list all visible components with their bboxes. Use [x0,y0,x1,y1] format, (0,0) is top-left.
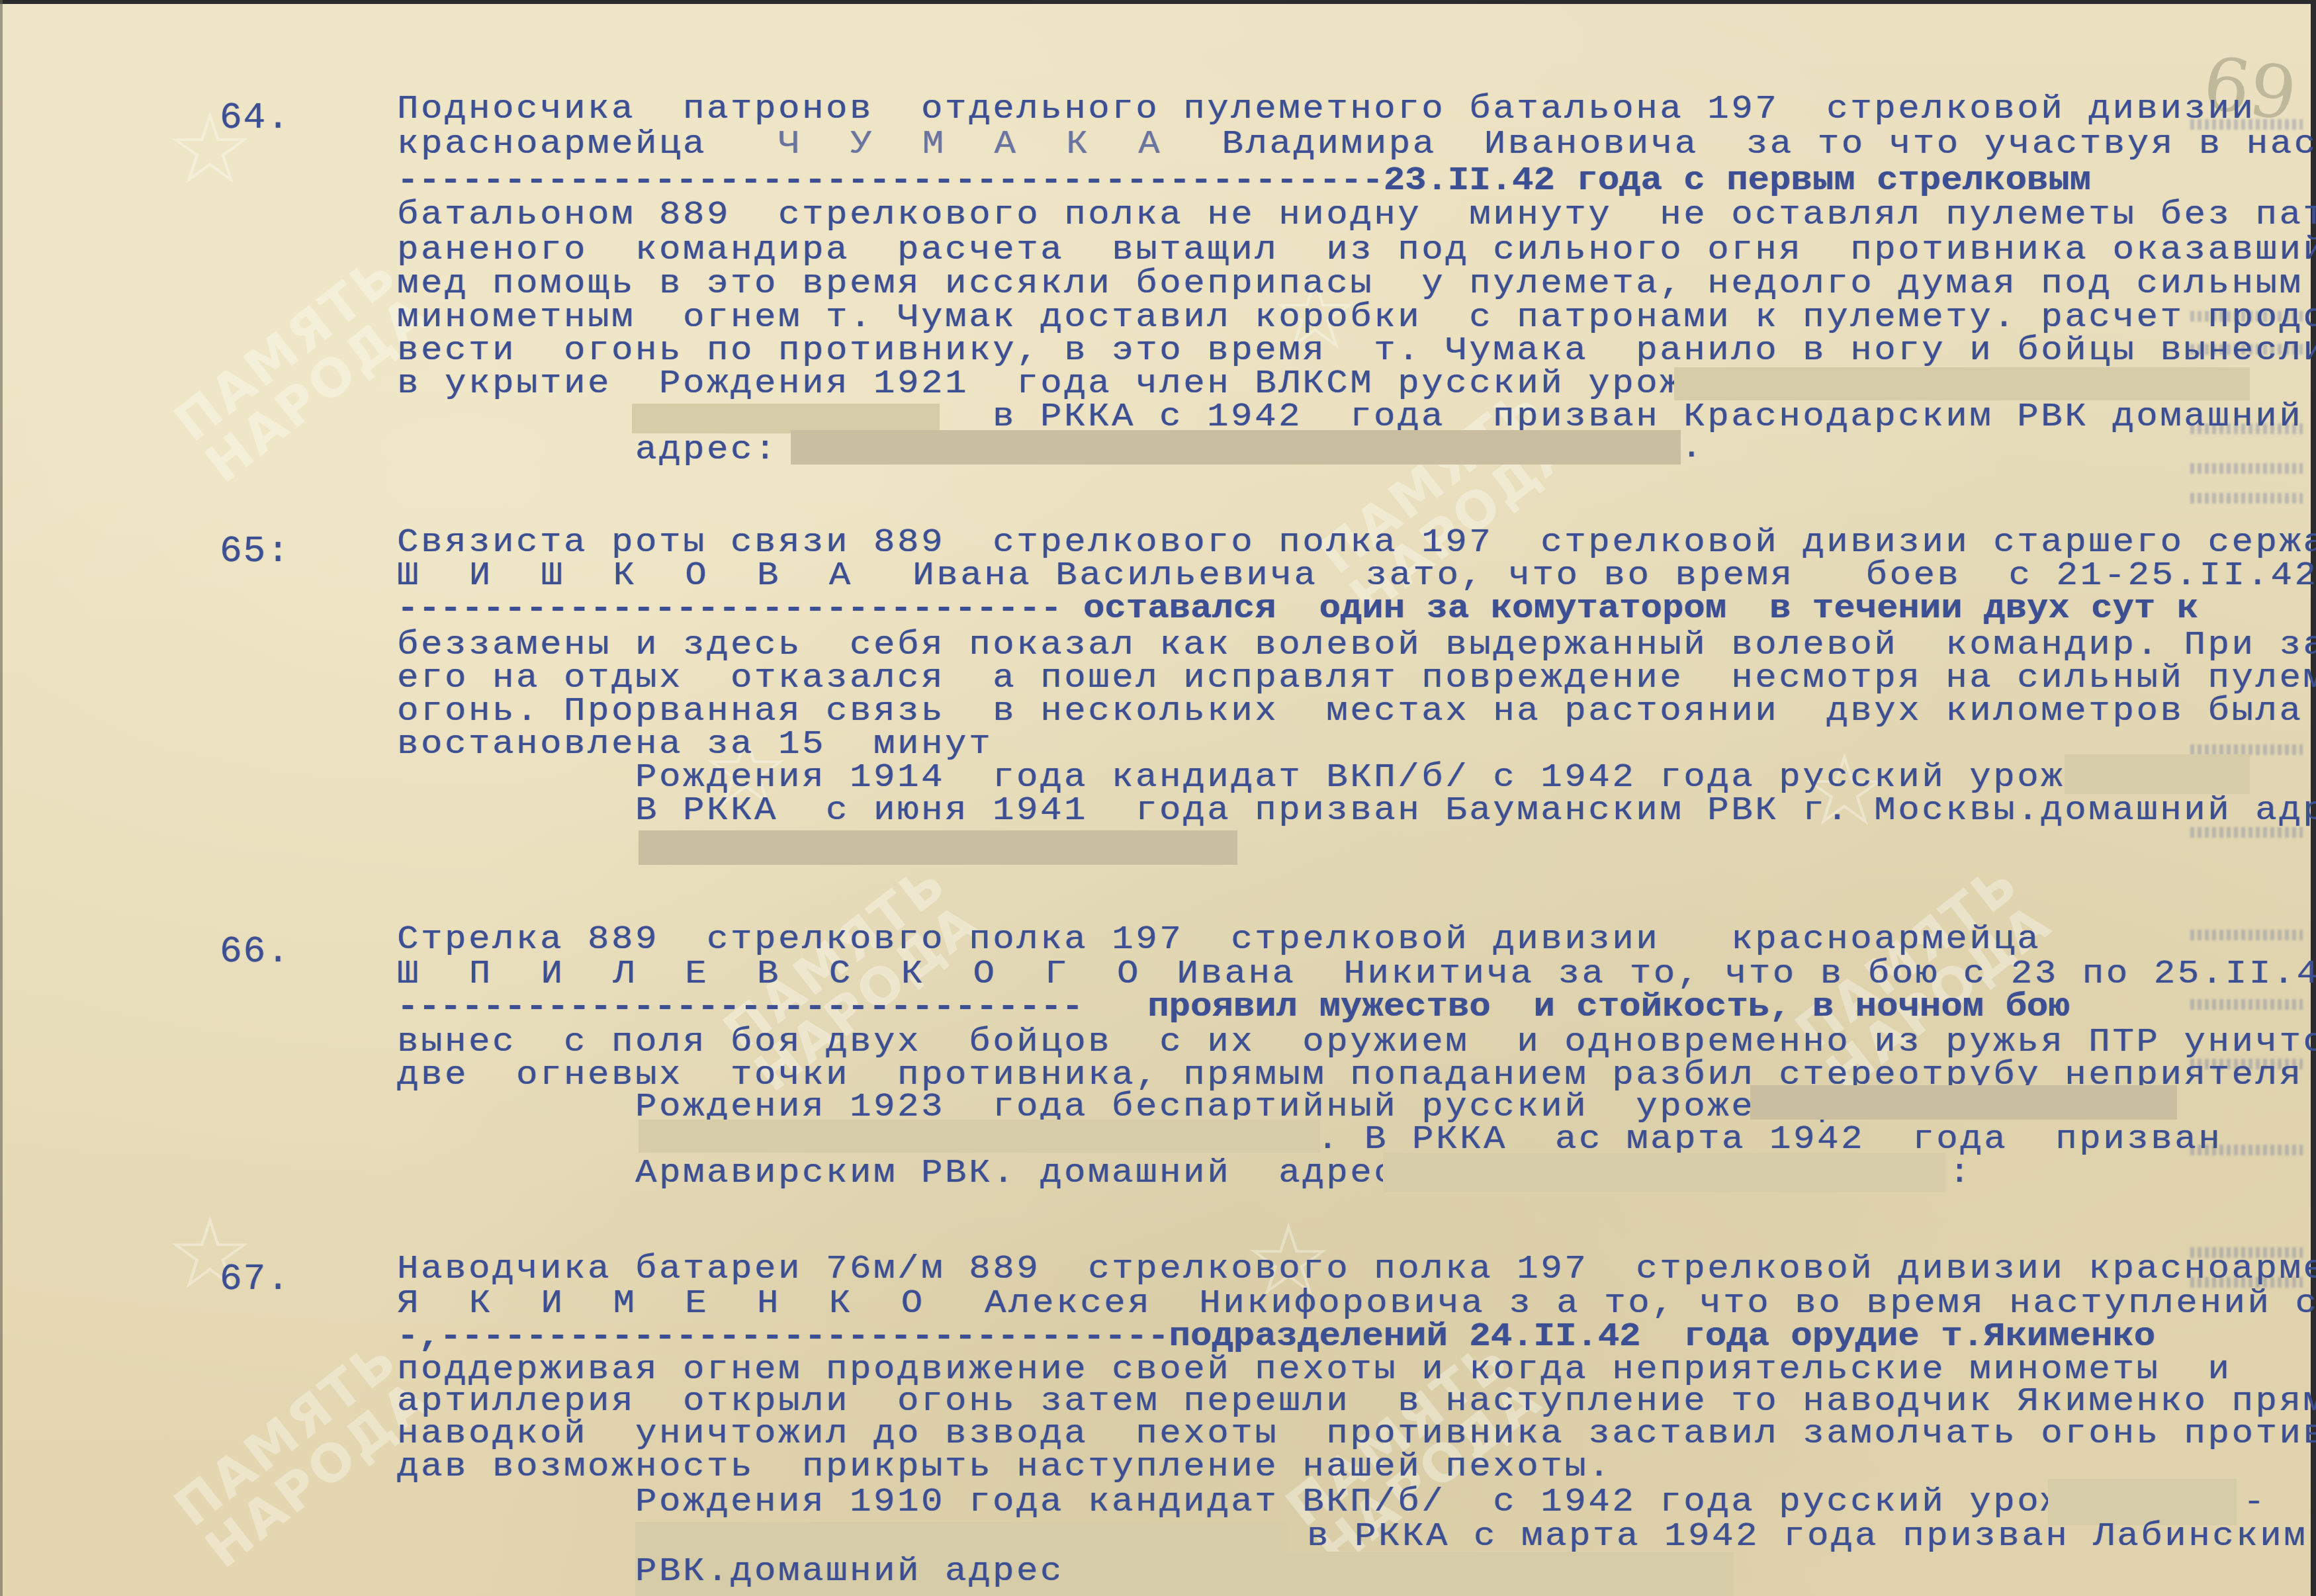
entry-text-line: артиллерия открыли огонь затем перешли в… [397,1385,2316,1419]
recipient-surname: Ш П И Л Е В С К О Г О [397,955,1153,993]
service-line: В РККА с июня 1941 года призван Бауманск… [635,794,2316,828]
redacted-birthplace [632,404,940,433]
birth-line: Рождения 1914 года кандидат ВКП/б/ с 194… [635,761,2160,795]
entry-text-line: востановлена за 15 минут [397,728,993,762]
entry-text-line: беззамены и здесь себя показал как волев… [397,629,2316,663]
scan-border-top [0,0,2316,4]
entry-text-line: наводкой уничтожил до взвода пехоты прот… [397,1417,2316,1452]
entry-text-line: Связиста роты связи 889 стрелкового полк… [397,526,2316,560]
entry-text-line: поддерживая огнем продвижение своей пехо… [397,1353,2231,1388]
entry-text-line: в укрытие Рождения 1921 года член ВЛКСМ … [397,367,1779,402]
entry-text-line: Подносчика патронов отдельного пулеметно… [397,93,2255,127]
redacted-birthplace [1750,1085,2177,1120]
ink-bleed [2190,930,2303,940]
entry-text-line: Наводчика батареи 76м/м 889 стрелкового … [397,1253,2316,1287]
recipient-given-names: Ивана Васильевича зато, что во время бое… [913,557,2316,594]
entry-text-line: его на отдых отказался а пошел исправлят… [397,662,2316,696]
entry-number: 65: [220,533,290,570]
birth-line: Рождения 1910 года кандидат ВКП/б/ с 194… [635,1485,2160,1520]
address-line: РВК.домашний адрес: [635,1555,1088,1589]
recipient-surname: Ш И Ш К О В А [397,557,865,594]
recipient-given-names: Алексея Никифоровича з а то, что во врем… [985,1285,2316,1322]
entry-text-line: батальоном 889 стрелкового полка не ниод… [397,199,2316,233]
entry-number: 66. [220,933,290,970]
scan-border-left [0,0,3,1596]
redacted-address [639,830,1237,865]
service-line: . В РККА ас марта 1942 года призван [1317,1123,2222,1157]
entry-text-line: дав возможность прикрыть наступление наш… [397,1450,1612,1485]
entry-text-line: вынес с поля боя двух бойцов с их оружие… [397,1026,2316,1060]
redacted-birthplace [1674,367,2250,400]
entry-text-line: ----------------------------------------… [397,164,2091,199]
ink-bleed [2190,493,2303,504]
entry-text-line: ------------------------------- оставалс… [397,592,2198,627]
redacted-birthplace [2065,754,2250,794]
address-end: . [1681,431,1705,466]
recipient-surname: Я К И М Е Н К О [397,1285,937,1322]
redacted-birthplace [639,1120,1320,1153]
address-line: Армавирским РВК. домашний адрес: [635,1157,1421,1191]
entry-name-line: Ш П И Л Е В С К О Г О Ивана Никитича за … [397,957,2316,992]
address-end: : [1949,1157,1973,1191]
entry-text-line: огонь. Прорванная связь в нескольких мес… [397,695,2303,729]
entry-text-line: Стрелка 889 стрелковго полка 197 стрелко… [397,923,2041,957]
entry-name-line: Ш И Ш К О В А Ивана Васильевича зато, чт… [397,559,2316,594]
redacted-address [1059,1552,1734,1596]
entry-text-line: раненого командира расчета вытащил из по… [397,234,2316,268]
service-line: в РККА с 1942 года призван Краснодарским… [993,400,2303,435]
recipient-given-names: Ивана Никитича за то, что в бою с 23 по … [1177,955,2316,993]
recipient-given-names: Владимира Ивановича за то что участвуя в… [1222,126,2316,163]
entry-text-line: -,----------------------------------подр… [397,1320,2155,1354]
recipient-surname: Ч У М А К А [778,126,1174,163]
birth-end: - [2243,1485,2267,1520]
ink-bleed [2190,463,2303,474]
entry-name-line: красноармейца Ч У М А К А Владимира Иван… [397,128,2316,162]
entry-text-line: мед помощь в это время иссякли боеприпас… [397,267,2303,302]
address-label: адрес: [635,433,778,468]
entry-number: 67. [220,1261,290,1298]
ink-bleed [2190,744,2303,755]
redacted-address [1383,1153,1945,1192]
ink-bleed [2190,999,2303,1010]
entry-number: 64. [220,99,290,136]
redacted-address [791,430,1681,465]
entry-text-line: -------------------------------- проявил… [397,991,2070,1025]
service-line: в РККА с марта 1942 года призван Лабинск… [1307,1520,2307,1554]
entry-text-line: минометным огнем т. Чумак доставил короб… [397,301,2316,335]
entry-text-line: вести огонь по противнику, в это время т… [397,334,2316,369]
entry-name-line: Я К И М Е Н К О Алексея Никифоровича з а… [397,1287,2316,1321]
